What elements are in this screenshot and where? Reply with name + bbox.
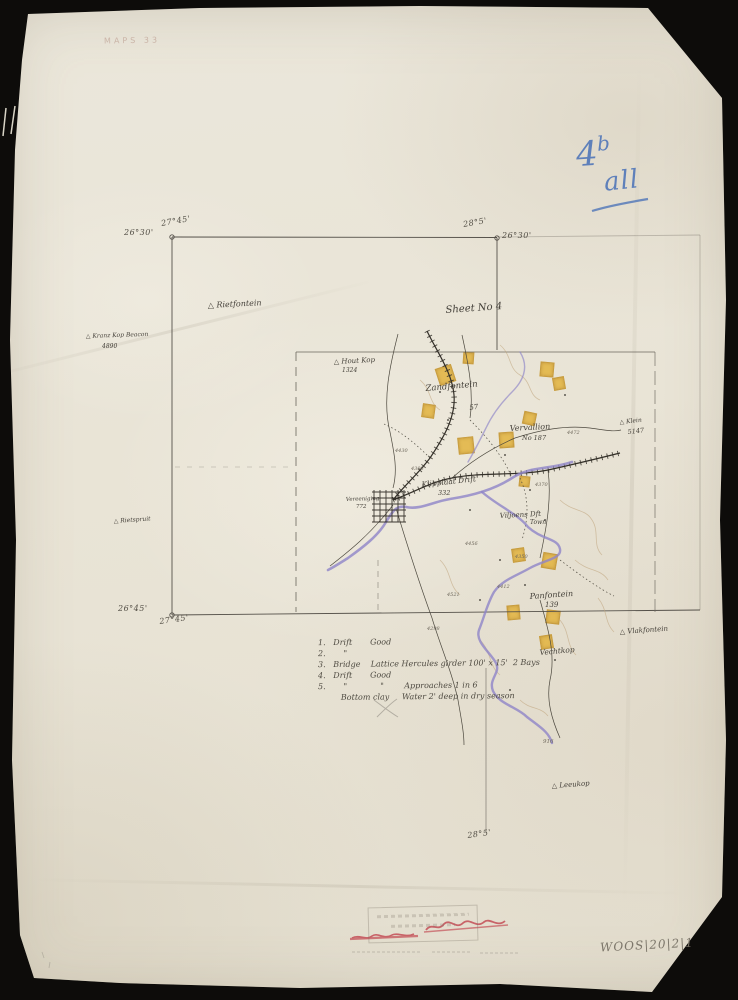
paper-sheet — [0, 0, 738, 1000]
border-scratch-marks — [3, 106, 15, 136]
blue-pencil-word: all — [603, 164, 641, 198]
survey-note-line: Bottom clay Water 2' deep in dry season — [318, 690, 540, 703]
photographed-map-sheet: Sheet No 4△ Rietfontein△ Kranz Kop Beaco… — [0, 0, 738, 1000]
stamp-text-line — [391, 923, 455, 928]
faint-stamp: MAPS 33 — [104, 36, 160, 46]
illegible-stamp-box — [368, 905, 479, 944]
survey-notes: 1. Drift Good2. "3. Bridge Lattice Hercu… — [318, 636, 540, 702]
stamp-text-line — [377, 913, 469, 918]
paper-crease — [30, 878, 690, 895]
paper-crease — [632, 0, 729, 75]
paper-crease — [0, 279, 374, 384]
